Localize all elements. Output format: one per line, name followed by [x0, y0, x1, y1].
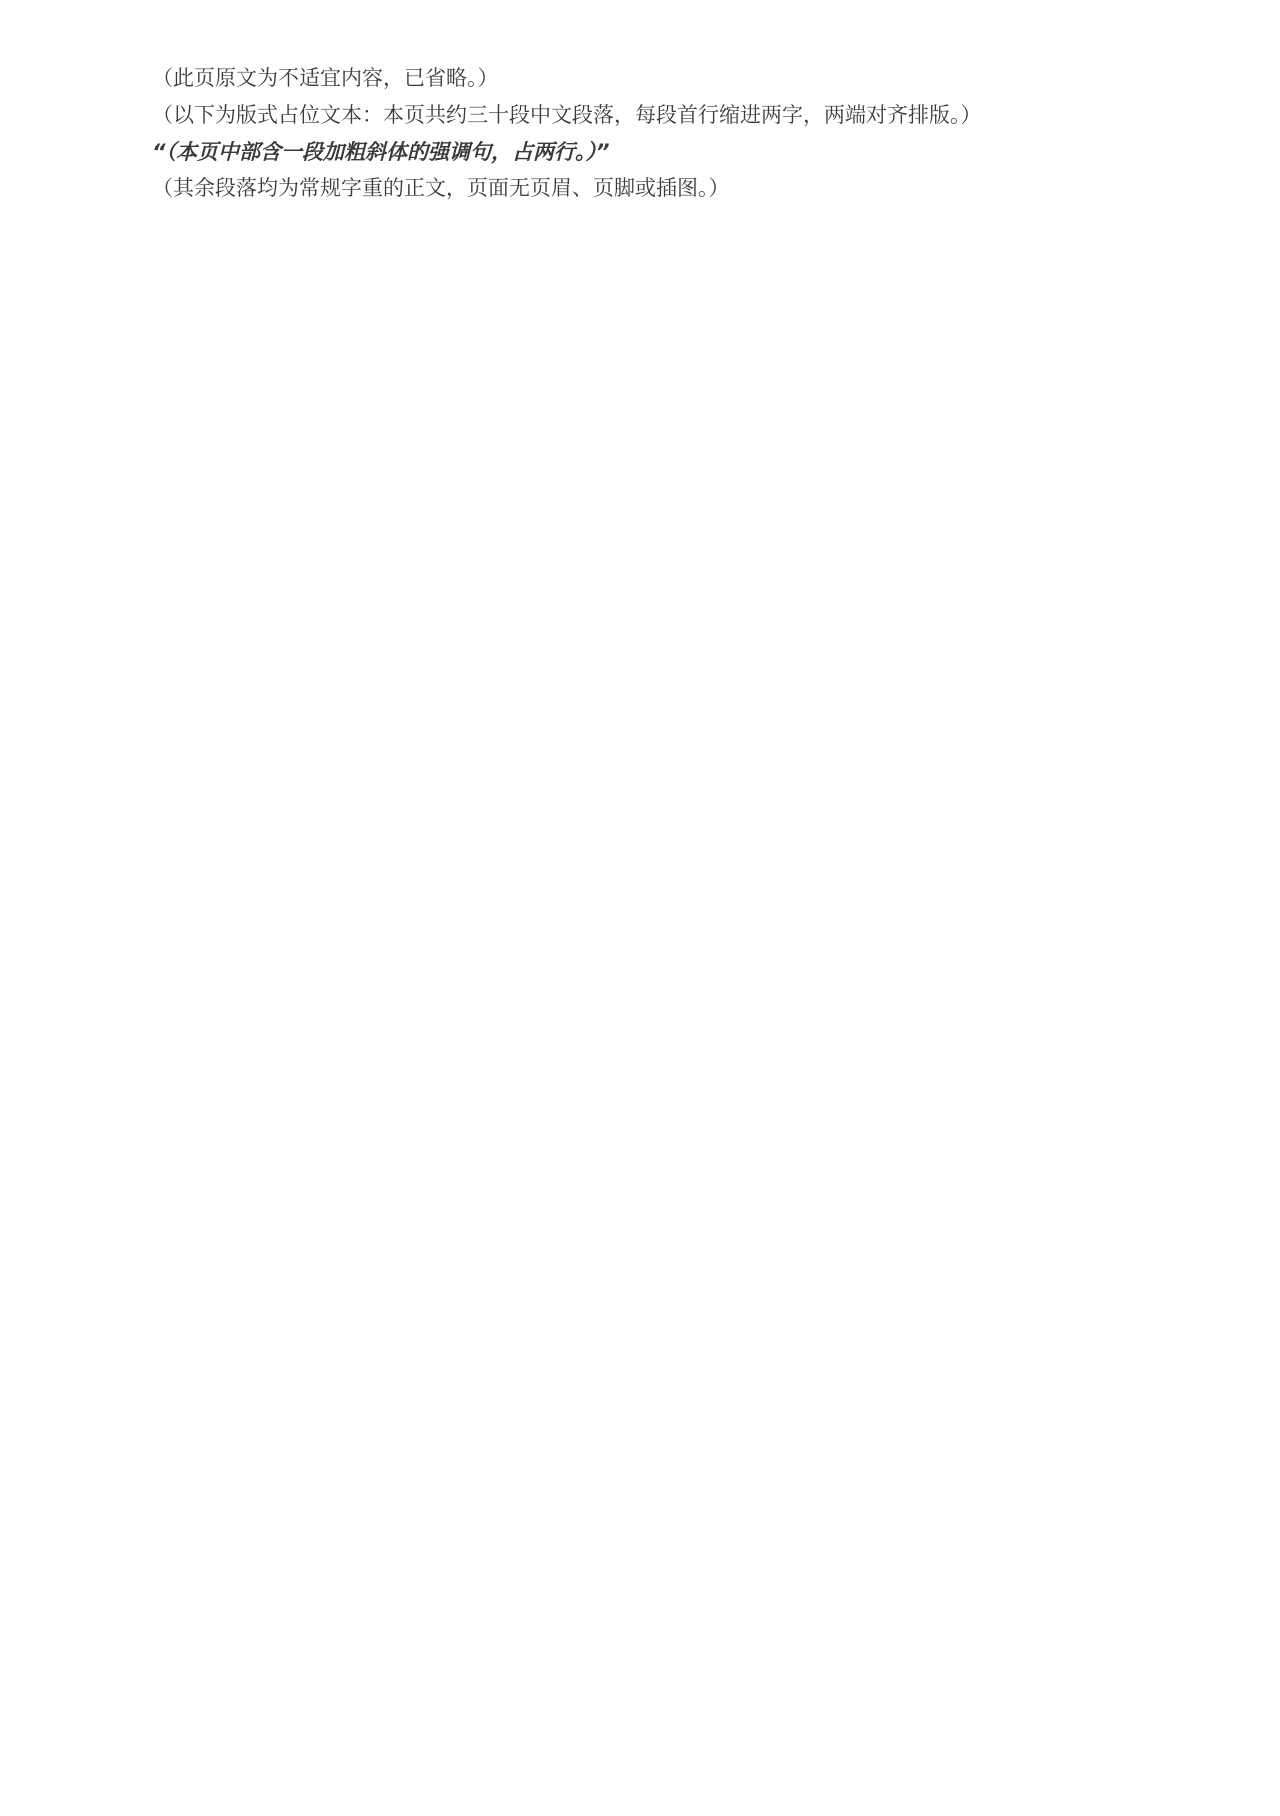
body-paragraph: （其余段落均为常规字重的正文，页面无页眉、页脚或插图。）: [110, 170, 1170, 207]
document-page: （此页原文为不适宜内容，已省略。）（以下为版式占位文本：本页共约三十段中文段落，…: [0, 0, 1280, 1816]
paragraph-container: （此页原文为不适宜内容，已省略。）（以下为版式占位文本：本页共约三十段中文段落，…: [110, 60, 1170, 207]
body-paragraph: “（本页中部含一段加粗斜体的强调句，占两行。）”: [110, 134, 1170, 171]
body-paragraph: （以下为版式占位文本：本页共约三十段中文段落，每段首行缩进两字，两端对齐排版。）: [110, 97, 1170, 134]
body-paragraph: （此页原文为不适宜内容，已省略。）: [110, 60, 1170, 97]
